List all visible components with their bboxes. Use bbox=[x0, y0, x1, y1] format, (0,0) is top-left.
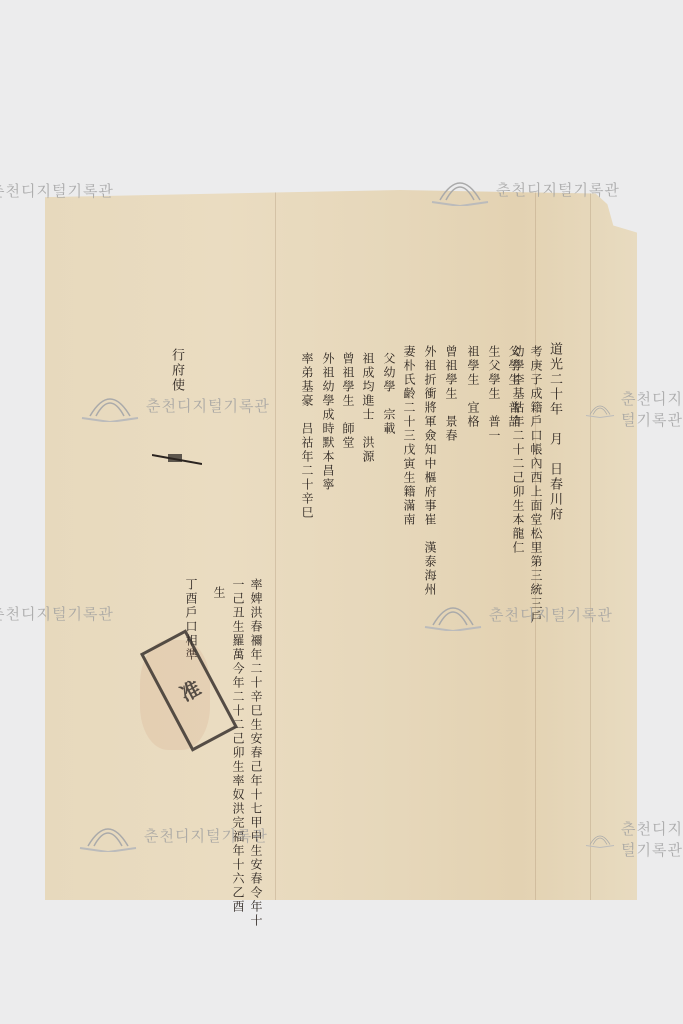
archive-logo-icon bbox=[430, 172, 490, 206]
document-column-wife-maternal: 外祖幼學成時默本昌寧 bbox=[322, 352, 334, 492]
document-column-slaves-3: 生 bbox=[213, 586, 225, 600]
document-column-wife-great-grandfather: 曾祖學生 師堂 bbox=[342, 352, 354, 450]
document-column-father: 父學生 普喆 bbox=[508, 345, 520, 429]
archive-logo-icon bbox=[585, 392, 615, 426]
watermark: 춘천디지털기록관 bbox=[585, 818, 683, 860]
watermark: 춘천디지털기록관 bbox=[423, 597, 613, 631]
watermark: 춘천디지털기록관 bbox=[0, 603, 114, 624]
archive-logo-icon bbox=[423, 597, 483, 631]
fold-line bbox=[275, 190, 276, 900]
document-column-date: 道光二十年 月 日春川府 bbox=[548, 342, 561, 522]
document-column-wife-father: 父幼學 宗載 bbox=[383, 352, 395, 436]
document-column-birth-father: 生父學生 普一 bbox=[488, 345, 500, 443]
fold-line bbox=[590, 190, 591, 900]
watermark: 춘천디지털기록관 bbox=[585, 388, 683, 430]
signature-mark-icon bbox=[152, 452, 202, 466]
document-column-grandfather: 祖學生 宜格 bbox=[467, 345, 479, 429]
document-column-office: 行府使 bbox=[170, 348, 183, 393]
document-column-slaves-2: 一己丑生羅萬今年二十二己卯生率奴洪完福年十六乙酉 bbox=[232, 578, 244, 914]
document-column-wife-grandfather: 祖成均進士 洪源 bbox=[362, 352, 374, 464]
document-column-wife: 妻朴氏齡二十三戊寅生籍滿南 bbox=[403, 345, 415, 527]
document-column-great-grandfather: 曾祖學生 景春 bbox=[445, 345, 457, 443]
watermark: 춘천디지털기록관 bbox=[80, 388, 270, 422]
document-paper bbox=[45, 190, 637, 900]
document-column-slaves-1: 率婢洪春禰年二十辛巳生安春己年十七甲申生安春令年十 bbox=[250, 578, 262, 928]
document-column-address: 考庚子成籍戶口帳內西上面堂松里第三統三戶 bbox=[530, 345, 542, 625]
archive-logo-icon bbox=[585, 822, 615, 856]
document-column-sibling: 率弟基豪 吕祜年二十辛巳 bbox=[301, 352, 313, 520]
watermark: 춘천디지털기록관 bbox=[0, 180, 114, 201]
watermark: 춘천디지털기록관 bbox=[430, 172, 620, 206]
watermark: 춘천디지털기록관 bbox=[78, 818, 268, 852]
document-column-maternal-grandfather: 外祖折衝將軍僉知中樞府事崔 漢泰海州 bbox=[424, 345, 436, 597]
archive-logo-icon bbox=[80, 388, 140, 422]
archive-logo-icon bbox=[78, 818, 138, 852]
